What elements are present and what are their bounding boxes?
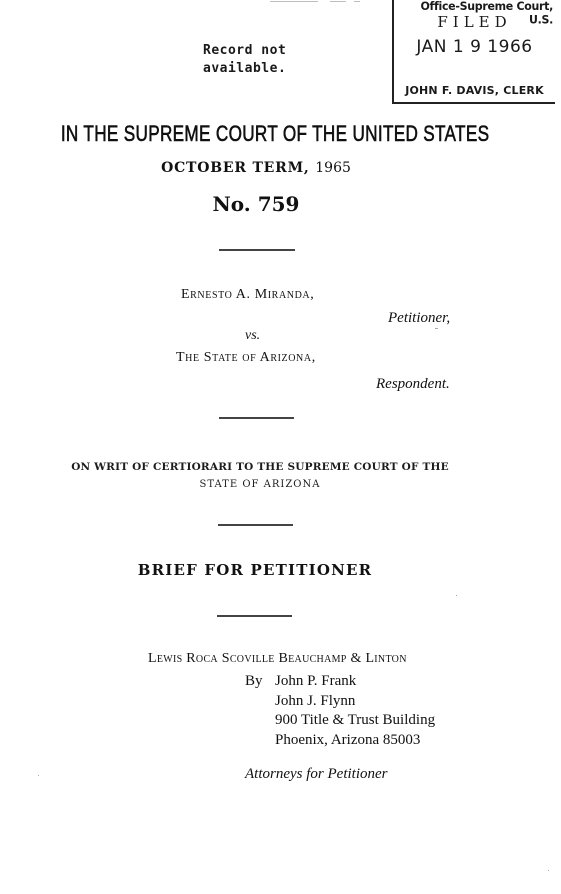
writ-statement: ON WRIT OF CERTIORARI TO THE SUPREME COU… xyxy=(0,458,520,494)
stamp-date: JAN 1 9 1966 xyxy=(394,37,555,57)
attorney-line: John J. Flynn xyxy=(275,692,435,712)
petitioner-role: Petitioner, xyxy=(388,310,450,327)
address-line: 900 Title & Trust Building xyxy=(275,711,435,731)
writ-line-1: ON WRIT OF CERTIORARI TO THE SUPREME COU… xyxy=(0,458,520,476)
attorney-list: John P. Frank John J. Flynn 900 Title & … xyxy=(275,672,435,750)
term-label: OCTOBER TERM, xyxy=(161,160,309,176)
versus-label: vs. xyxy=(245,328,260,344)
stamp-filed-label: FILED xyxy=(394,13,555,31)
record-note-line-2: available. xyxy=(203,60,286,78)
attorney-line: John P. Frank xyxy=(275,672,435,692)
scan-artifact xyxy=(330,1,346,2)
document-title: BRIEF FOR PETITIONER xyxy=(0,561,510,579)
divider-rule xyxy=(219,417,294,419)
by-label: By xyxy=(245,672,263,692)
writ-line-2: STATE OF ARIZONA xyxy=(0,476,520,494)
stamp-clerk: JOHN F. DAVIS, CLERK xyxy=(394,84,555,97)
petitioner-name: Ernesto A. Miranda, xyxy=(181,287,314,303)
record-note-line-1: Record not xyxy=(203,42,286,60)
term-line: OCTOBER TERM, 1965 xyxy=(0,160,512,176)
scan-artifact xyxy=(270,1,318,2)
scan-speck xyxy=(435,328,438,329)
law-firm: Lewis Roca Scoville Beauchamp & Linton xyxy=(148,651,407,667)
divider-rule xyxy=(218,524,293,526)
scan-speck xyxy=(548,870,549,871)
attorneys-designation: Attorneys for Petitioner xyxy=(245,766,387,783)
case-number: No. 759 xyxy=(0,192,512,216)
scan-speck xyxy=(38,775,39,776)
term-year: 1965 xyxy=(315,160,351,176)
divider-rule xyxy=(219,249,295,251)
court-title: IN THE SUPREME COURT OF THE UNITED STATE… xyxy=(56,121,494,147)
record-not-available-note: Record not available. xyxy=(203,42,286,78)
respondent-name: The State of Arizona, xyxy=(176,350,316,366)
scan-artifact xyxy=(354,1,360,2)
respondent-role: Respondent. xyxy=(376,376,450,393)
address-line: Phoenix, Arizona 85003 xyxy=(275,731,435,751)
filed-stamp: Office-Supreme Court, U.S. FILED JAN 1 9… xyxy=(392,0,555,104)
scan-speck xyxy=(456,595,457,596)
divider-rule xyxy=(217,615,292,617)
